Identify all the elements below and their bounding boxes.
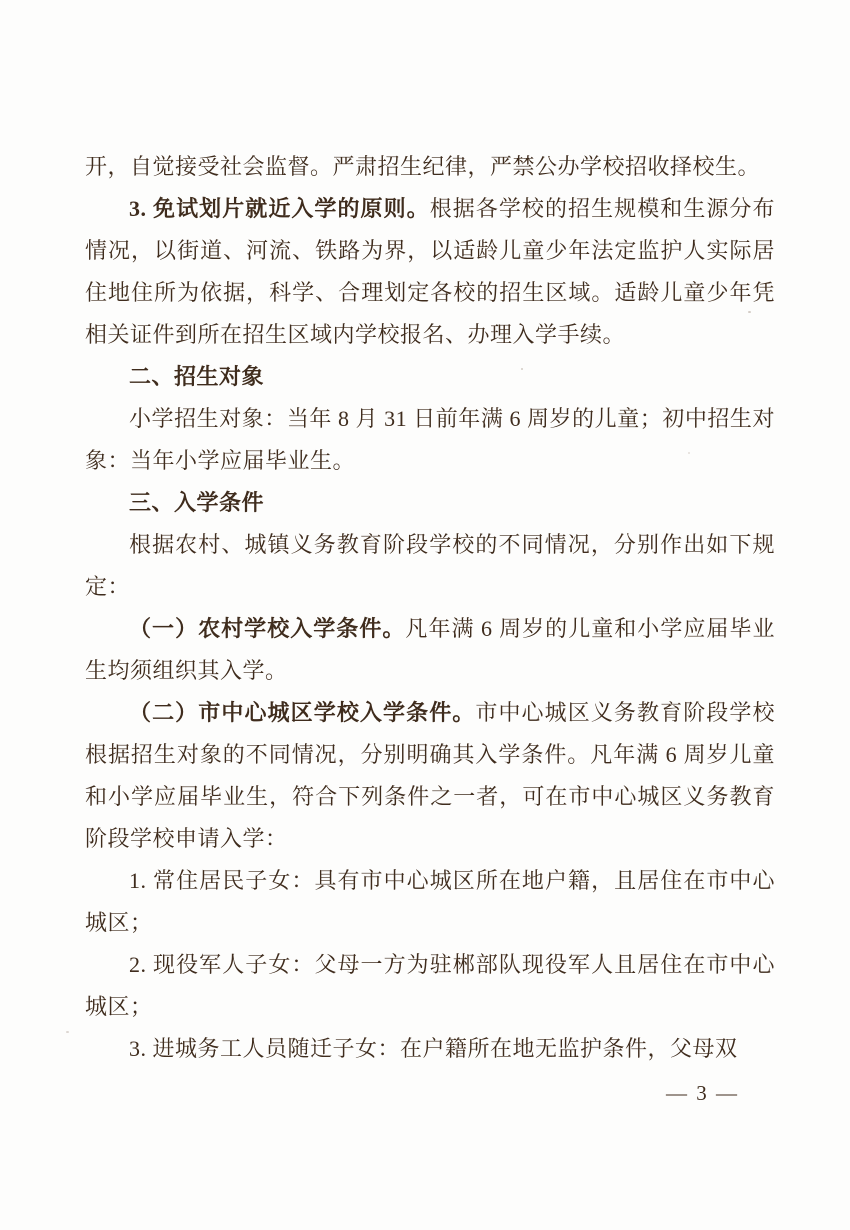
paragraph-segment: 3. 进城务工人员随迁子女：在户籍所在地无监护条件，父母双: [129, 1036, 738, 1061]
paragraph-segment-bold: （二）市中心城区学校入学条件。: [129, 700, 475, 725]
page-number: — 3 —: [666, 1079, 739, 1107]
paragraph: 1. 常住居民子女：具有市中心城区所在地户籍，且居住在市中心城区；: [85, 860, 775, 944]
scan-speck: [66, 1031, 69, 1033]
paragraph-segment: 开，自觉接受社会监督。严肃招生纪律，严禁公办学校招收择校生。: [85, 154, 760, 179]
paragraph: 开，自觉接受社会监督。严肃招生纪律，严禁公办学校招收择校生。: [85, 146, 775, 188]
paragraph-segment-bold: 三、入学条件: [129, 490, 264, 515]
paragraph-segment: 1. 常住居民子女：具有市中心城区所在地户籍，且居住在市中心城区；: [85, 868, 775, 935]
paragraph-segment-bold: （一）农村学校入学条件。: [129, 616, 405, 641]
paragraph: 2. 现役军人子女：父母一方为驻郴部队现役军人且居住在市中心城区；: [85, 944, 775, 1028]
paragraph-segment: 小学招生对象：当年 8 月 31 日前年满 6 周岁的儿童；初中招生对象：当年小…: [85, 406, 775, 473]
paragraph: 二、招生对象: [85, 356, 775, 398]
paragraph: 三、入学条件: [85, 482, 775, 524]
paragraph-segment-bold: 3. 免试划片就近入学的原则。: [129, 196, 430, 221]
scan-speck: [748, 311, 751, 313]
paragraph: 3. 免试划片就近入学的原则。根据各学校的招生规模和生源分布情况，以街道、河流、…: [85, 188, 775, 356]
paragraph-segment: 根据农村、城镇义务教育阶段学校的不同情况，分别作出如下规定：: [85, 532, 775, 599]
paragraph: 根据农村、城镇义务教育阶段学校的不同情况，分别作出如下规定：: [85, 524, 775, 608]
scan-speck: [521, 368, 523, 370]
paragraph: 小学招生对象：当年 8 月 31 日前年满 6 周岁的儿童；初中招生对象：当年小…: [85, 398, 775, 482]
paragraph-segment-bold: 二、招生对象: [129, 364, 264, 389]
paragraph-segment: 2. 现役军人子女：父母一方为驻郴部队现役军人且居住在市中心城区；: [85, 952, 775, 1019]
document-page: 开，自觉接受社会监督。严肃招生纪律，严禁公办学校招收择校生。3. 免试划片就近入…: [0, 0, 850, 1230]
paragraph: （二）市中心城区学校入学条件。市中心城区义务教育阶段学校根据招生对象的不同情况，…: [85, 692, 775, 860]
paragraph: （一）农村学校入学条件。凡年满 6 周岁的儿童和小学应届毕业生均须组织其入学。: [85, 608, 775, 692]
scan-speck: [688, 452, 690, 454]
document-body: 开，自觉接受社会监督。严肃招生纪律，严禁公办学校招收择校生。3. 免试划片就近入…: [85, 146, 775, 1070]
paragraph: 3. 进城务工人员随迁子女：在户籍所在地无监护条件，父母双: [85, 1028, 775, 1070]
